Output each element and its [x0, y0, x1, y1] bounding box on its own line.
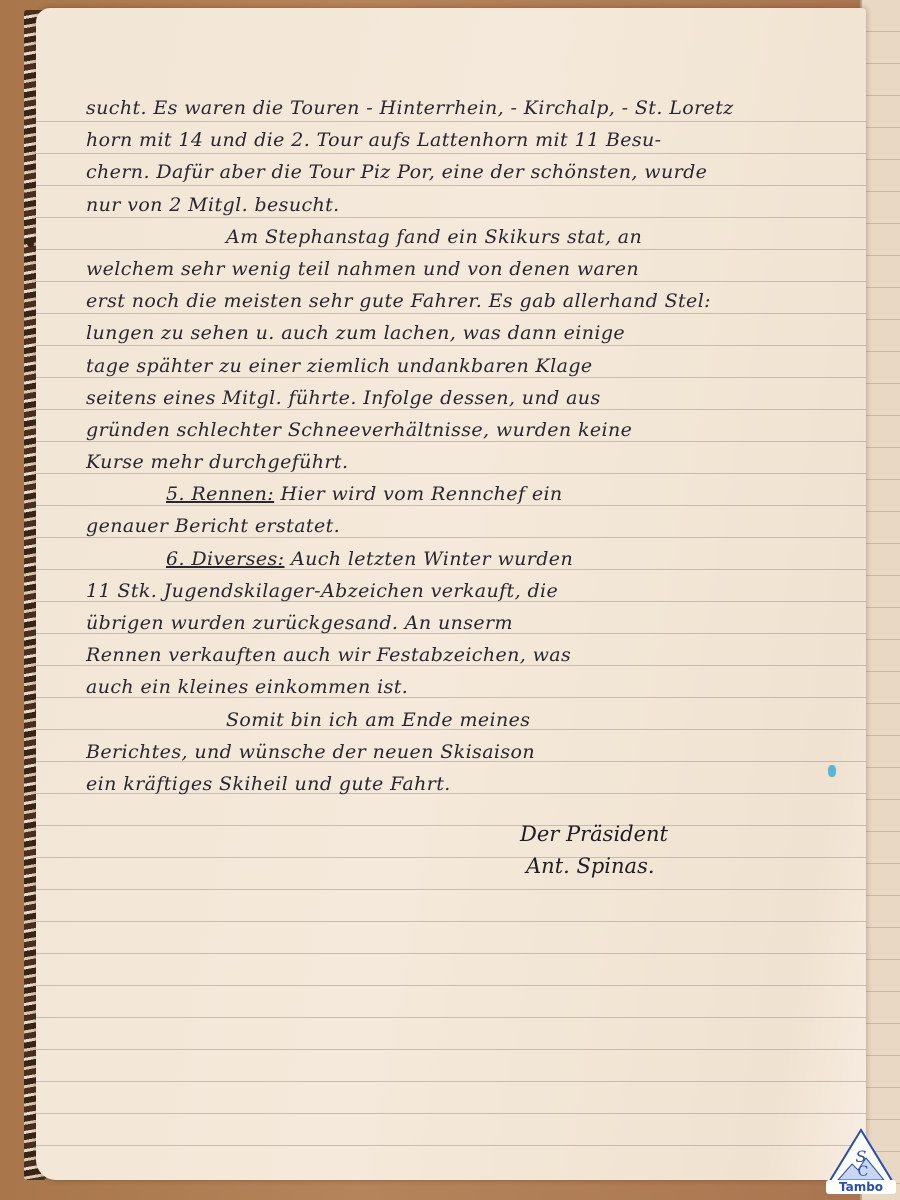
text-line: Rennen verkauften auch wir Festabzeichen…	[86, 639, 786, 671]
text-line: Hier wird vom Rennchef ein	[281, 483, 563, 505]
signature-title: Der Präsident	[520, 818, 668, 850]
text-line: chern. Dafür aber die Tour Piz Por, eine…	[86, 156, 786, 188]
next-page-edge	[860, 0, 900, 1200]
ink-spot	[828, 765, 836, 777]
text-line: gründen schlechter Schneeverhältnisse, w…	[86, 414, 786, 446]
text-line: Berichtes, und wünsche der neuen Skisais…	[86, 736, 786, 768]
text-line: ein kräftiges Skiheil und gute Fahrt.	[86, 768, 786, 800]
section-5-heading: 5. Rennen:	[166, 483, 274, 505]
handwritten-text: sucht. Es waren die Touren - Hinterrhein…	[86, 92, 786, 800]
text-line: Somit bin ich am Ende meines	[86, 704, 786, 736]
text-line: welchem sehr wenig teil nahmen und von d…	[86, 253, 786, 285]
text-line: tage spähter zu einer ziemlich undankbar…	[86, 350, 786, 382]
text-line: 11 Stk. Jugendskilager-Abzeichen verkauf…	[86, 575, 786, 607]
text-line: nur von 2 Mitgl. besucht.	[86, 189, 786, 221]
signature-name: Ant. Spinas.	[520, 850, 668, 882]
tambo-watermark-logo: S C Tambo	[826, 1128, 896, 1196]
signature-block: Der Präsident Ant. Spinas.	[520, 818, 668, 882]
text-line: erst noch die meisten sehr gute Fahrer. …	[86, 285, 786, 317]
text-line: seitens eines Mitgl. führte. Infolge des…	[86, 382, 786, 414]
text-line: lungen zu sehen u. auch zum lachen, was …	[86, 317, 786, 349]
svg-text:C: C	[858, 1164, 869, 1180]
text-line: Am Stephanstag fand ein Skikurs stat, an	[86, 221, 786, 253]
text-line: übrigen wurden zurückgesand. An unserm	[86, 607, 786, 639]
text-line: auch ein kleines einkommen ist.	[86, 671, 786, 703]
text-line: horn mit 14 und die 2. Tour aufs Lattenh…	[86, 124, 786, 156]
text-line: Auch letzten Winter wurden	[291, 548, 573, 570]
text-line: sucht. Es waren die Touren - Hinterrhein…	[86, 92, 786, 124]
text-line: Kurse mehr durchgeführt.	[86, 446, 786, 478]
text-line: genauer Bericht erstatet.	[86, 510, 786, 542]
section-6-heading: 6. Diverses:	[166, 548, 285, 570]
section-5-line: 5. Rennen: Hier wird vom Rennchef ein	[86, 478, 786, 510]
tambo-label: Tambo	[826, 1180, 896, 1194]
section-6-line: 6. Diverses: Auch letzten Winter wurden	[86, 543, 786, 575]
